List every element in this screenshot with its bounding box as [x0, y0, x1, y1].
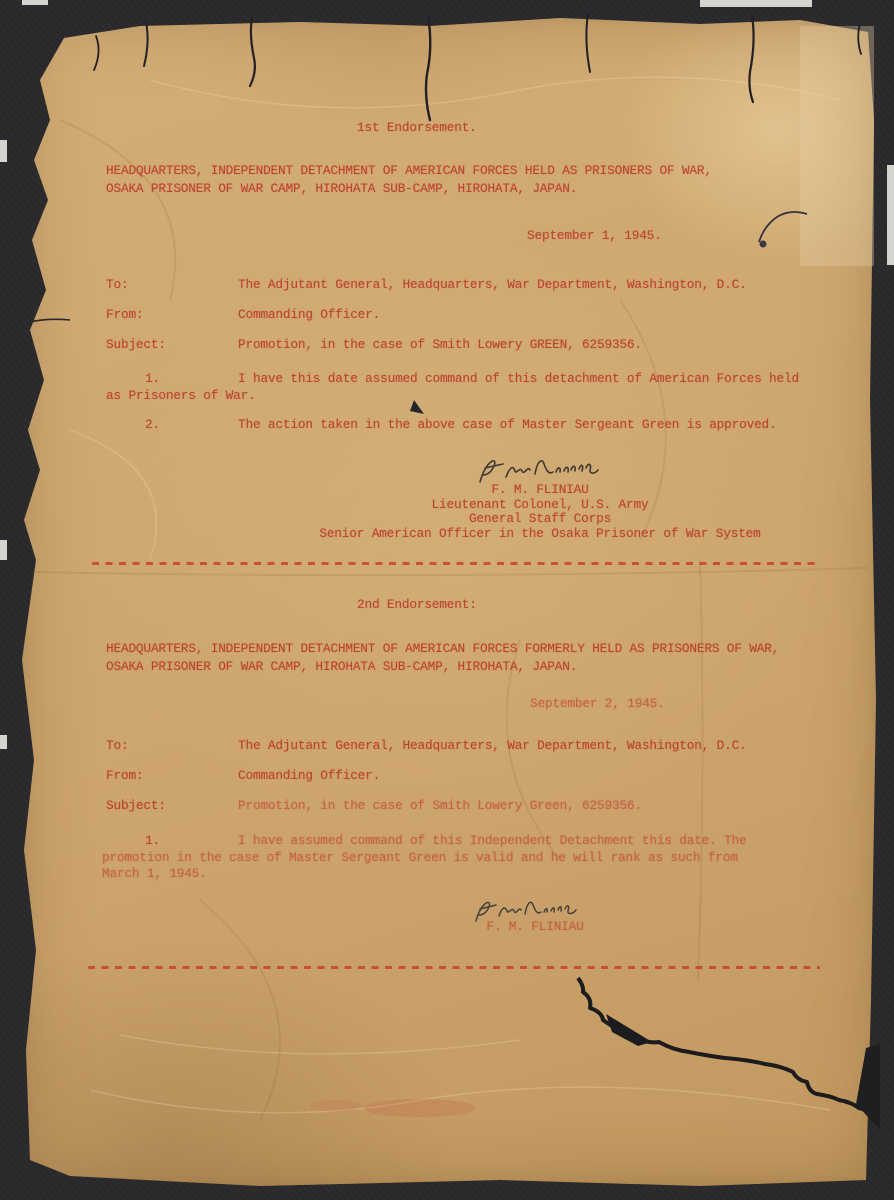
endorsement1-subject-label: Subject:	[106, 337, 166, 354]
endorsement2-heading: 2nd Endorsement:	[357, 597, 477, 614]
endorsement1-to-value: The Adjutant General, Headquarters, War …	[238, 277, 747, 294]
endorsement2-to-value: The Adjutant General, Headquarters, War …	[238, 738, 747, 755]
endorsement1-org-line1: HEADQUARTERS, INDEPENDENT DETACHMENT OF …	[106, 163, 712, 180]
endorsement2-org-line1: HEADQUARTERS, INDEPENDENT DETACHMENT OF …	[106, 641, 779, 658]
endorsement1-signed-name: F. M. FLINIAU	[240, 483, 840, 498]
endorsement1-signed-title2: General Staff Corps	[240, 512, 840, 527]
endorsement1-subject-value: Promotion, in the case of Smith Lowery G…	[238, 337, 642, 354]
scanned-document-page: 1st Endorsement. HEADQUARTERS, INDEPENDE…	[0, 0, 894, 1200]
endorsement1-date: September 1, 1945.	[527, 228, 662, 245]
endorsement1-signed-title1: Lieutenant Colonel, U.S. Army	[240, 498, 840, 513]
endorsement1-signature-block: F. M. FLINIAU Lieutenant Colonel, U.S. A…	[240, 483, 840, 541]
endorsement2-subject-value: Promotion, in the case of Smith Lowery G…	[238, 798, 642, 815]
endorsement1-signed-title3: Senior American Officer in the Osaka Pri…	[240, 527, 840, 542]
scanner-edge-sliver	[0, 735, 7, 749]
scanner-edge-sliver	[887, 165, 894, 265]
endorsement2-date: September 2, 1945.	[530, 696, 665, 713]
scanner-edge-sliver	[0, 140, 7, 162]
endorsement2-from-value: Commanding Officer.	[238, 768, 380, 785]
dashed-separator-1	[92, 562, 820, 565]
dashed-separator-2	[88, 966, 820, 969]
scanner-edge-sliver	[0, 540, 7, 560]
endorsement2-from-label: From:	[106, 768, 143, 785]
endorsement2-to-label: To:	[106, 738, 128, 755]
scanner-edge-sliver	[700, 0, 812, 7]
endorsement2-org-line2: OSAKA PRISONER OF WAR CAMP, HIROHATA SUB…	[106, 659, 577, 676]
endorsement1-para2: The action taken in the above case of Ma…	[106, 417, 806, 434]
endorsement1-org-line2: OSAKA PRISONER OF WAR CAMP, HIROHATA SUB…	[106, 181, 577, 198]
endorsement1-from-label: From:	[106, 307, 143, 324]
endorsement2-para1: I have assumed command of this Independe…	[102, 833, 762, 883]
endorsement1-to-label: To:	[106, 277, 128, 294]
endorsement2-signed-name: F. M. FLINIAU	[420, 920, 650, 935]
endorsement1-para1: I have this date assumed command of this…	[106, 371, 806, 404]
endorsement1-heading: 1st Endorsement.	[357, 120, 477, 137]
endorsement2-subject-label: Subject:	[106, 798, 166, 815]
scanner-edge-sliver	[22, 0, 48, 5]
endorsement1-from-value: Commanding Officer.	[238, 307, 380, 324]
